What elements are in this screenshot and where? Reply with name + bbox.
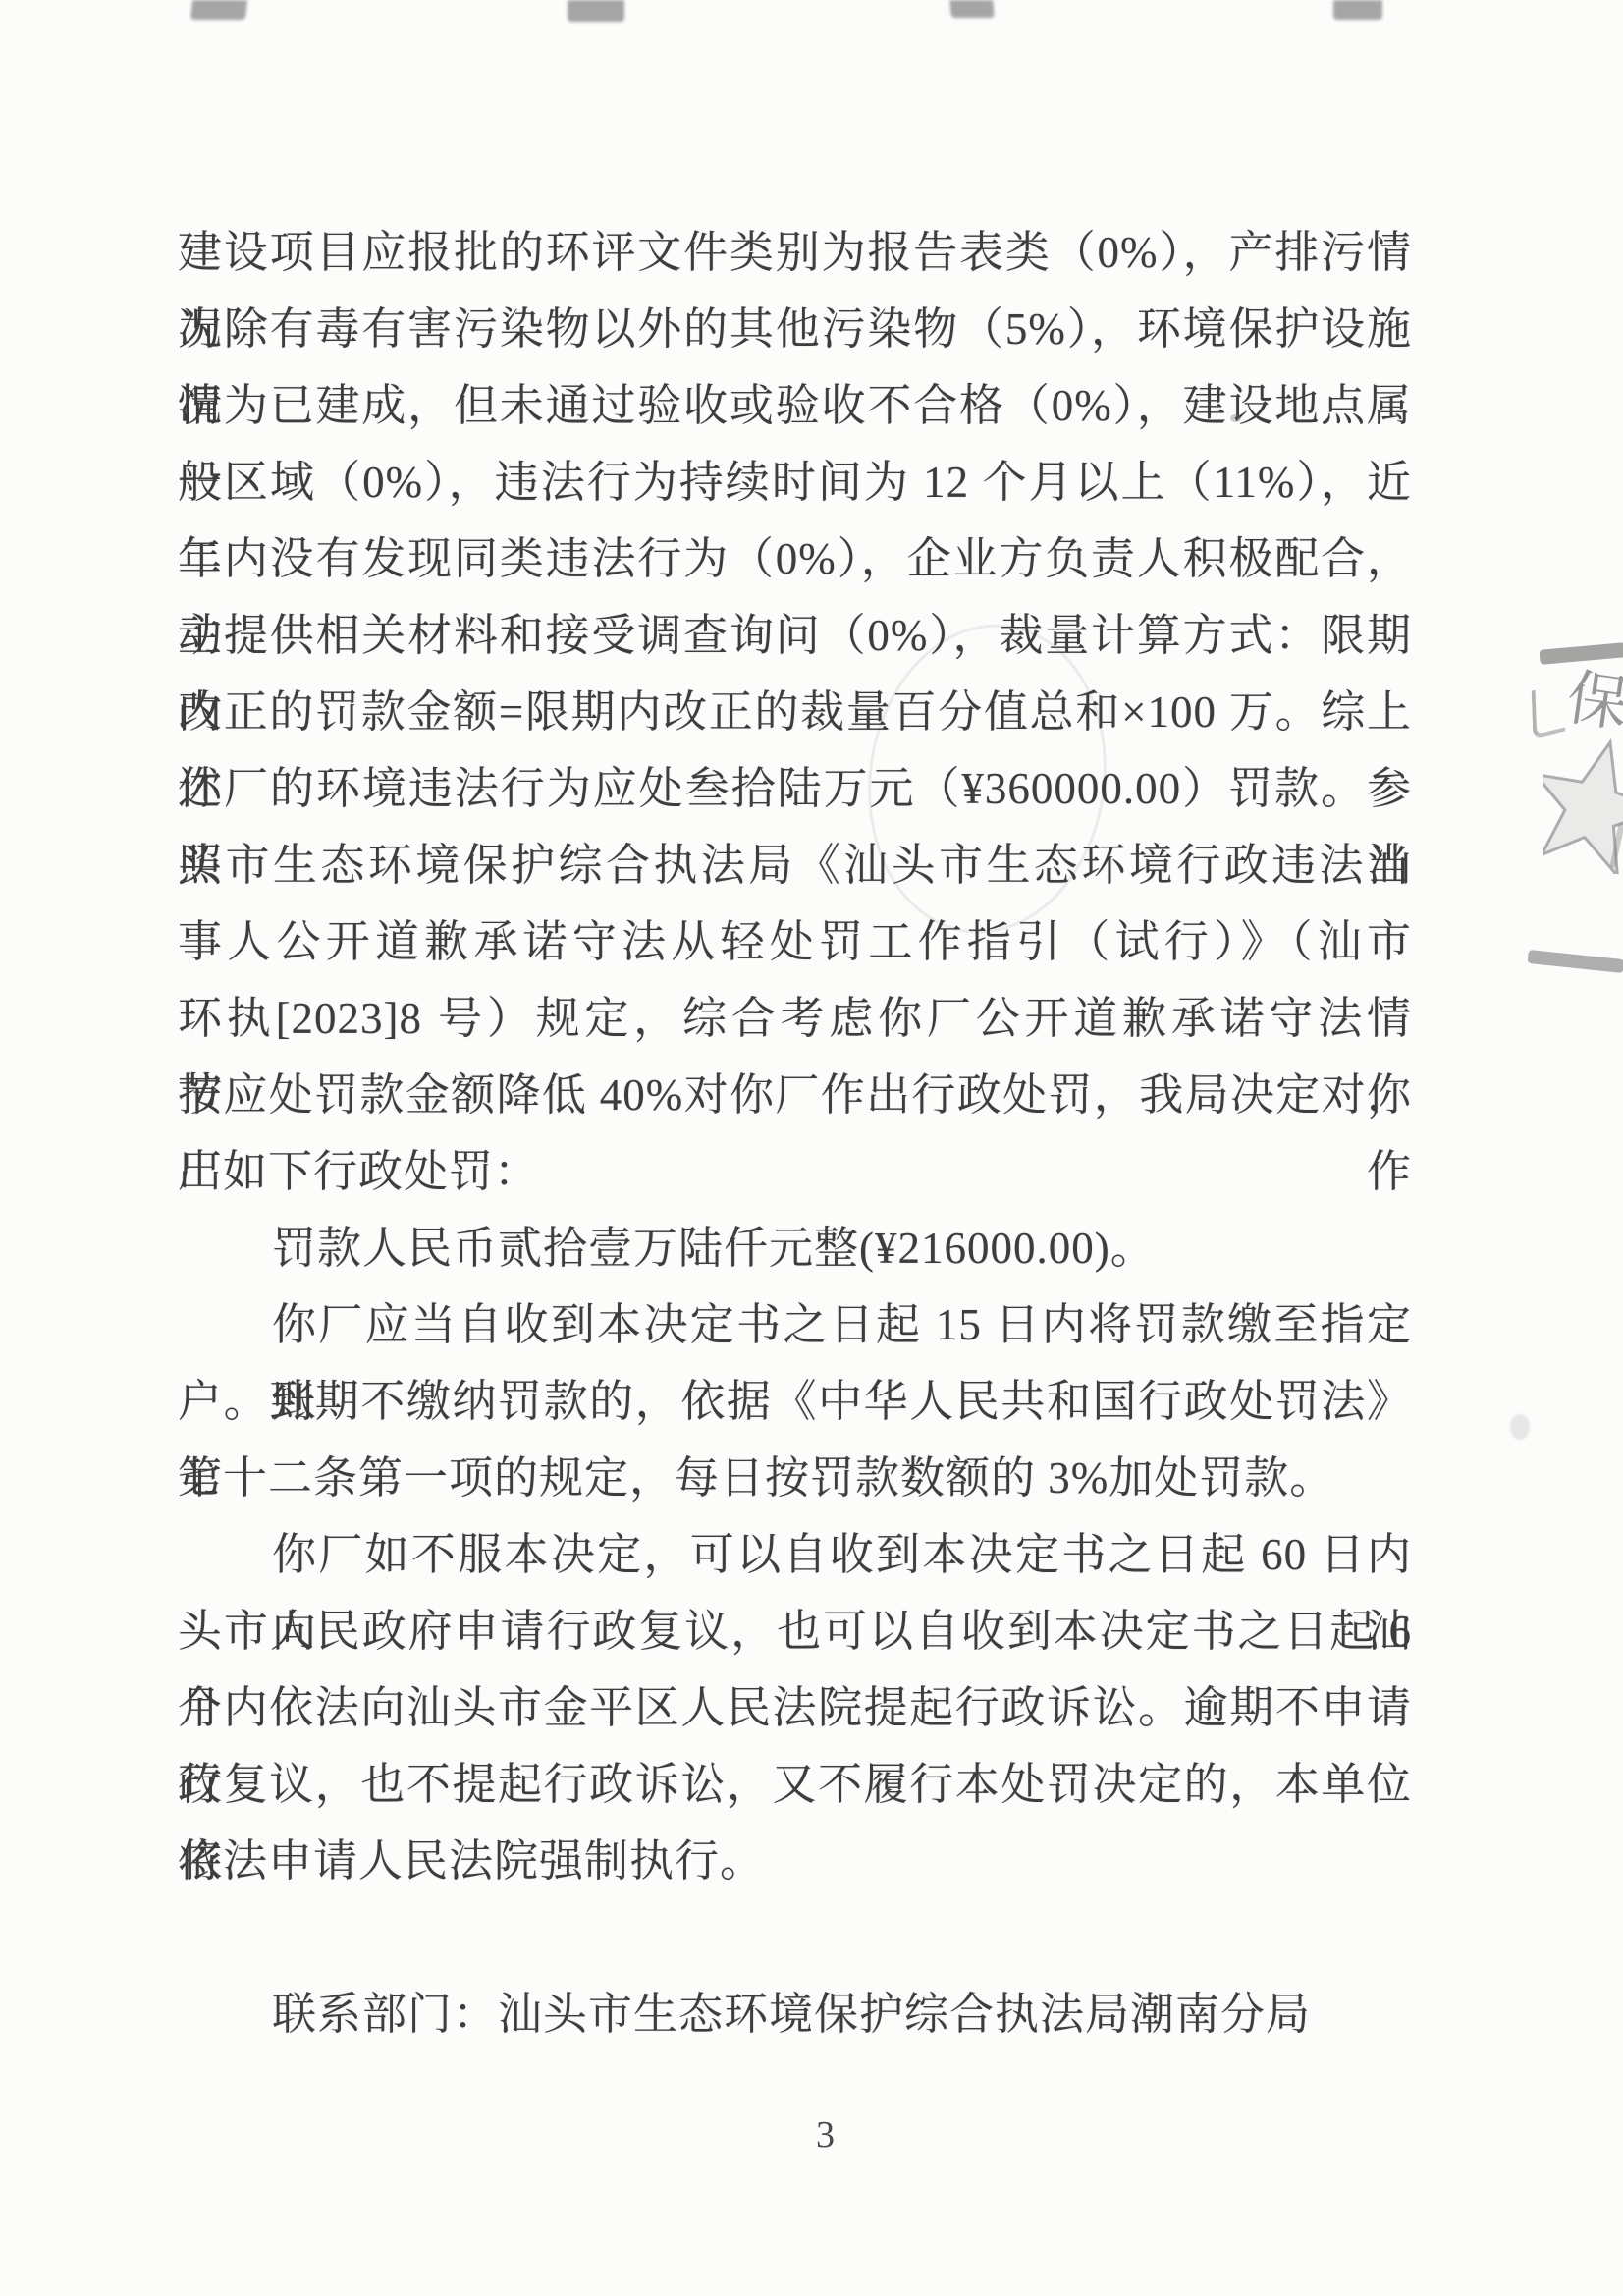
body-line: 户。到期不缴纳罚款的，依据《中华人民共和国行政处罚法》第 [178, 1363, 1412, 1440]
body-line: 你厂如不服本决定，可以自收到本决定书之日起 60 日内向汕 [178, 1516, 1412, 1593]
body-line: 头市人民政府申请行政复议，也可以自收到本决定书之日起 6 个 [178, 1593, 1412, 1669]
scan-speck [1230, 414, 1241, 422]
bleed-through-mark [1333, 0, 1382, 20]
seal-star-icon [1543, 737, 1623, 874]
body-line: 事人公开道歉承诺守法从轻处罚工作指引（试行）》（汕市 [178, 903, 1412, 980]
body-line: 环执[2023]8 号）规定，综合考虑你厂公开道歉承诺守法情节， [178, 980, 1412, 1057]
bleed-through-mark [949, 0, 995, 18]
seal-arc-bottom [1528, 950, 1623, 973]
seal-arc-top [1540, 642, 1623, 665]
body-line: 年内没有发现同类违法行为（0%），企业方负责人积极配合，主 [178, 520, 1412, 597]
body-line: 般区域（0%），违法行为持续时间为 12 个月以上（11%），近二 [178, 444, 1412, 520]
bleed-through-mark [568, 0, 624, 22]
body-line: 你厂的环境违法行为应处叁拾陆万元（¥360000.00）罚款。参照汕 [178, 750, 1412, 827]
body-line: 动提供相关材料和接受调查询问（0%），裁量计算方式：限期内 [178, 597, 1412, 674]
body-line: 按应处罚款金额降低 40%对你厂作出行政处罚，我局决定对你厂作 [178, 1057, 1412, 1133]
page-number: 3 [0, 2113, 1623, 2157]
contact-department-line: 联系部门：汕头市生态环境保护综合执法局潮南分局 [178, 1976, 1412, 2052]
body-line: 月内依法向汕头市金平区人民法院提起行政诉讼。逾期不申请行 [178, 1669, 1412, 1746]
body-line-penalty-amount: 罚款人民币贰拾壹万陆仟元整(¥216000.00)。 [178, 1210, 1412, 1286]
scanned-document-page: 建设项目应报批的环评文件类别为报告表类（0%），产排污情况 为除有毒有害污染物以… [0, 0, 1623, 2296]
body-line: 依法申请人民法院强制执行。 [178, 1823, 1412, 1899]
body-line: 政复议，也不提起行政诉讼，又不履行本处罚决定的，本单位将 [178, 1746, 1412, 1823]
seal-character: 保 [1563, 668, 1623, 737]
scan-speck [1510, 1414, 1530, 1440]
body-line: 改正的罚款金额=限期内改正的裁量百分值总和×100 万。综上述 [178, 674, 1412, 750]
blank-line [178, 1899, 1412, 1976]
document-body: 建设项目应报批的环评文件类别为报告表类（0%），产排污情况 为除有毒有害污染物以… [178, 214, 1412, 2052]
body-line: 建设项目应报批的环评文件类别为报告表类（0%），产排污情况 [178, 214, 1412, 291]
body-line: 头市生态环境保护综合执法局《汕头市生态环境行政违法当 [178, 827, 1412, 903]
seal-partial-character [1532, 683, 1566, 738]
body-line: 况为已建成，但未通过验收或验收不合格（0%），建设地点属一 [178, 367, 1412, 444]
bleed-through-mark [190, 0, 247, 20]
body-line: 为除有毒有害污染物以外的其他污染物（5%），环境保护设施情 [178, 291, 1412, 367]
body-line: 你厂应当自收到本决定书之日起 15 日内将罚款缴至指定账 [178, 1286, 1412, 1363]
body-line: 七十二条第一项的规定，每日按罚款数额的 3%加处罚款。 [178, 1440, 1412, 1516]
